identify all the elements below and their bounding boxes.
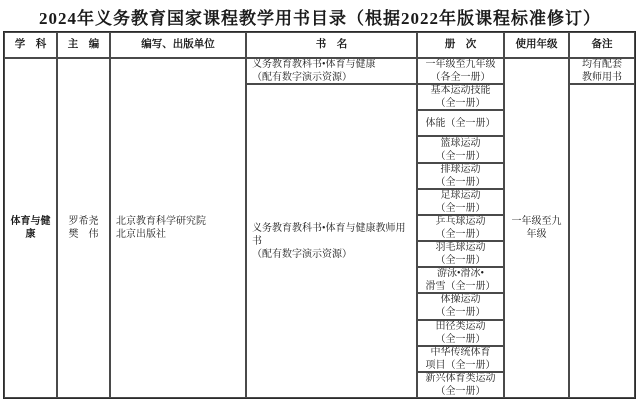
- book-title-teacher-cell: 义务教育教科书•体育与健康教师用书 （配有数字演示资源）: [246, 84, 417, 398]
- volume-cell-3: 体能（全一册）: [417, 110, 504, 136]
- catalog-page: 2024年义务教育国家课程教学用书目录（根据2022年版课程标准修订） 学 科 …: [0, 0, 640, 403]
- col-header-subject: 学 科: [4, 32, 57, 58]
- volume-cell-10: 体操运动 （全一册）: [417, 293, 504, 319]
- book-title-student-cell: 义务教育教科书•体育与健康 （配有数字演示资源）: [246, 58, 417, 84]
- col-header-volume: 册 次: [417, 32, 504, 58]
- volume-cell-2: 基本运动技能 （全一册）: [417, 84, 504, 110]
- volume-cell-5: 排球运动 （全一册）: [417, 163, 504, 189]
- grade-cell: 一年级至九年级: [504, 58, 569, 398]
- note-empty-cell: [569, 84, 635, 398]
- col-header-note: 备注: [569, 32, 635, 58]
- page-title: 2024年义务教育国家课程教学用书目录（根据2022年版课程标准修订）: [0, 4, 640, 29]
- volume-cell-13: 新兴体育类运动 （全一册）: [417, 372, 504, 398]
- volume-cell-7: 乒乓球运动 （全一册）: [417, 215, 504, 241]
- col-header-publisher: 编写、出版单位: [110, 32, 246, 58]
- subject-cell: 体育与健康: [4, 58, 57, 398]
- col-header-grade: 使用年级: [504, 32, 569, 58]
- volume-cell-12: 中华传统体育 项目（全一册）: [417, 346, 504, 372]
- col-header-book: 书 名: [246, 32, 417, 58]
- volume-cell-11: 田径类运动 （全一册）: [417, 320, 504, 346]
- catalog-table: 学 科 主 编 编写、出版单位 书 名 册 次 使用年级 备注 体育与健康 罗希…: [3, 31, 636, 399]
- volume-cell-9: 游泳•滑冰• 滑雪（全一册）: [417, 267, 504, 293]
- volume-cell-4: 篮球运动 （全一册）: [417, 136, 504, 162]
- col-header-editor: 主 编: [57, 32, 110, 58]
- volume-cell-8: 羽毛球运动 （全一册）: [417, 241, 504, 267]
- editor-cell: 罗希尧 樊 伟: [57, 58, 110, 398]
- volume-cell-1: 一年级至九年级 （各全一册）: [417, 58, 504, 84]
- publisher-cell: 北京教育科学研究院 北京出版社: [110, 58, 246, 398]
- volume-cell-6: 足球运动 （全一册）: [417, 189, 504, 215]
- note-cell: 均有配套 教师用书: [569, 58, 635, 84]
